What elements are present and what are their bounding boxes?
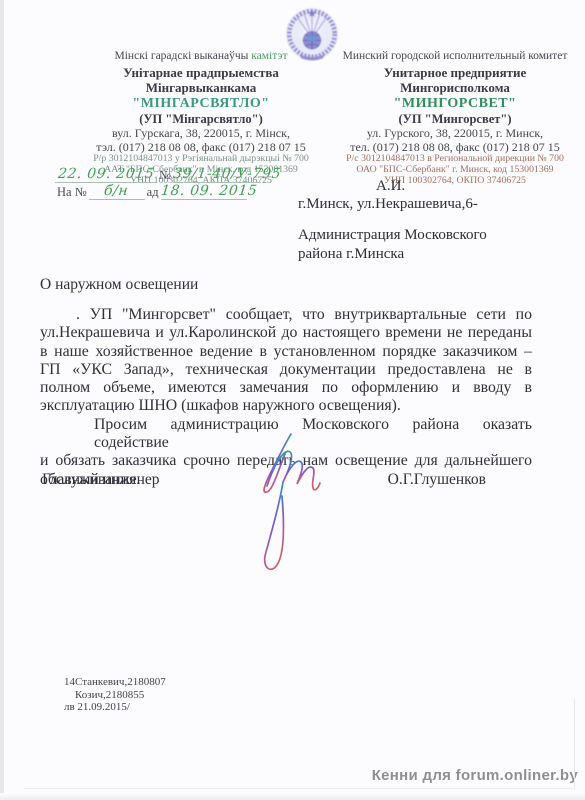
- body-paragraph-1: . УП "Мингорсвет" сообщает, что внутрикв…: [40, 306, 532, 416]
- executor-footer: 14Станкевич,2180807 Козич,2180855 лв 21.…: [64, 676, 166, 714]
- executor-line: 14Станкевич,2180807: [64, 676, 166, 689]
- company-name: "МІНГАРСВЯТЛО": [50, 96, 352, 112]
- letterhead-right: Минский городской исполнительный комитет…: [334, 50, 576, 186]
- address-line: ул. Гурского, 38, 220015, г. Минск,: [334, 127, 576, 141]
- na-number-label: На №: [55, 185, 89, 200]
- scanned-letter-page: Мінскі гарадскі выканаўчы камітэт Унітар…: [0, 0, 585, 800]
- outgoing-date-field: 22. 09. 2015: [55, 166, 157, 183]
- outgoing-date-handwritten: 22. 09. 2015: [57, 166, 155, 182]
- incoming-number-handwritten: б/н: [104, 183, 130, 199]
- phone-line: тел. (017) 218 08 08, факс (017) 218 07 …: [334, 141, 576, 155]
- addressee-initials: А.И.: [298, 177, 533, 195]
- body-line: . УП "Мингорсвет" сообщает, что внутрикв…: [40, 306, 532, 324]
- org-parent-line: Мінгарвыканкама: [50, 81, 352, 96]
- addressee-org-line: района г.Минска: [298, 245, 533, 264]
- incoming-date-field: 18. 09. 2015: [161, 183, 247, 200]
- bank-name-line: ОАО "БПС-Сбербанк" г. Минск, код 1530013…: [334, 165, 576, 176]
- scan-edge: [0, 0, 4, 800]
- committee-text-tinted: камітэт: [251, 50, 287, 62]
- signer-name: О.Г.Глушенков: [388, 471, 534, 489]
- scan-edge: [0, 793, 585, 800]
- body-line: ГП «УКС Запад», техническая документации…: [40, 361, 532, 379]
- scan-artifact: [24, 788, 572, 789]
- outgoing-reference-row: 22. 09. 2015№39/1-40/У-795: [55, 166, 261, 183]
- org-type-line: Унитарное предприятие: [334, 66, 576, 81]
- org-parent-line: Мингорисполкома: [334, 81, 576, 96]
- reference-block: 22. 09. 2015№39/1-40/У-795 На №б/над18. …: [55, 166, 261, 200]
- subject-line: О наружном освещении: [40, 276, 198, 294]
- company-short-name: (УП "Мінгарсвятло"): [50, 112, 352, 126]
- executor-date-line: лв 21.09.2015/: [64, 701, 166, 714]
- number-sign-label: №: [157, 168, 173, 183]
- watermark-text: Кенни для forum.onliner.by: [372, 767, 578, 784]
- signer-title: Главный инженер: [42, 471, 160, 489]
- scan-artifact: [574, 698, 575, 790]
- body-line: в наше хозяйственное ведение в установле…: [40, 343, 532, 361]
- body-line: эксплуатацию ШНО (шкафов наружного освещ…: [40, 397, 532, 415]
- addressee-block: А.И. г.Минск, ул.Некрашевича,6- Админист…: [298, 177, 533, 264]
- incoming-number-field: б/н: [89, 183, 145, 200]
- addressee-street: г.Минск, ул.Некрашевича,6-: [298, 195, 533, 213]
- incoming-reference-row: На №б/над18. 09. 2015: [55, 183, 261, 200]
- committee-text: Мінскі гарадскі выканаўчы: [115, 50, 249, 62]
- body-line: полном объеме, имеются замечания по офор…: [40, 379, 532, 397]
- outgoing-number-handwritten: 39/1-40/У-795: [172, 166, 282, 182]
- phone-line: тэл. (017) 218 08 08, факс (017) 218 07 …: [50, 141, 352, 155]
- addressee-organization: Администрация Московского района г.Минск…: [298, 226, 533, 264]
- body-line: ул.Некрашевича и ул.Каролинской до насто…: [40, 324, 532, 342]
- signature-scribble-icon: [247, 428, 331, 584]
- company-name: "МИНГОРСВЕТ": [334, 96, 576, 112]
- incoming-date-handwritten: 18. 09. 2015: [160, 183, 258, 199]
- address-line: вул. Гурскага, 38, 220015, г. Мінск,: [50, 127, 352, 141]
- executor-line: Козич,2180855: [64, 689, 166, 702]
- committee-line: Мінскі гарадскі выканаўчы камітэт: [50, 50, 352, 63]
- company-short-name: (УП "Мингорсвет"): [334, 112, 576, 126]
- committee-line: Минский городской исполнительный комитет: [334, 50, 576, 63]
- org-type-line: Унітарнае прадпрыемства: [50, 66, 352, 81]
- ad-label: ад: [145, 185, 161, 200]
- outgoing-number-field: 39/1-40/У-795: [173, 166, 261, 183]
- addressee-org-line: Администрация Московского: [298, 226, 533, 245]
